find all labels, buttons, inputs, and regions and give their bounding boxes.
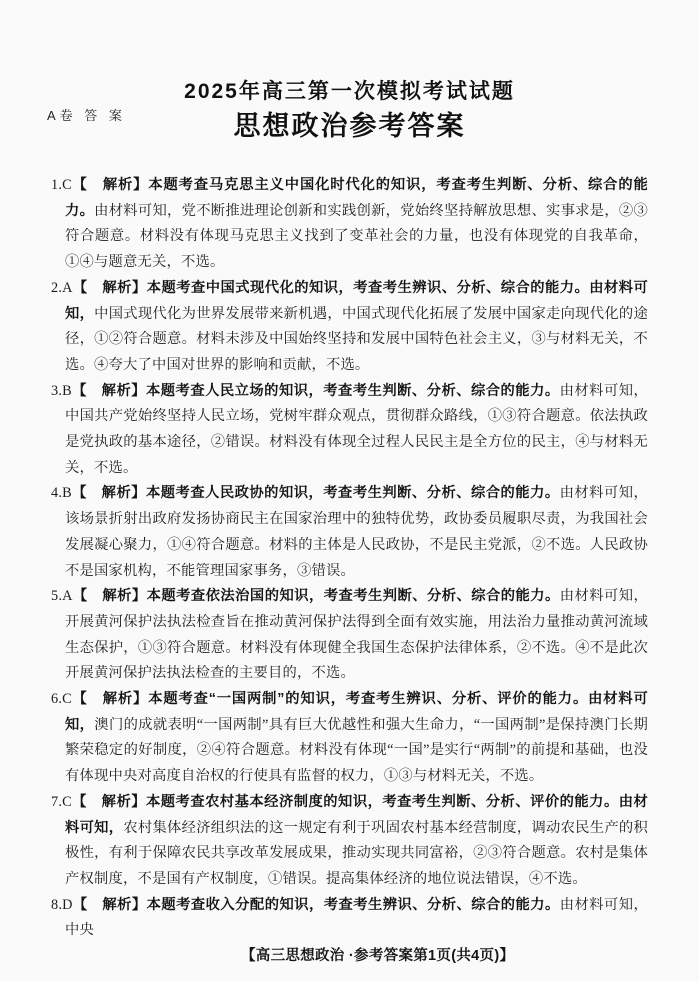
analysis-label: 【 解析】 — [72, 691, 148, 707]
question-number: 7.C — [51, 794, 72, 810]
question-number: 4.B — [51, 485, 72, 501]
question-number: 8.D — [51, 897, 73, 913]
question-number: 2.A — [51, 280, 73, 296]
analysis-label: 【 解析】 — [72, 485, 146, 501]
question-number: 1.C — [51, 177, 72, 193]
answer-item-3: 3.B【 解析】本题考查人民立场的知识，考查考生判断、分析、综合的能力。由材料可… — [51, 379, 648, 482]
question-number: 3.B — [51, 383, 72, 399]
analysis-head: 本题考查收入分配的知识，考查考生辨识、分析、综合的能力。 — [147, 897, 560, 913]
analysis-label: 【 解析】 — [73, 280, 147, 296]
analysis-body: 由材料可知，党不断推进理论创新和实践创新，党始终坚持解放思想、实事求是，②③符合… — [65, 203, 648, 270]
analysis-head: 本题考查依法治国的知识，考查考生判断、分析、综合的能力。 — [147, 588, 560, 604]
question-number: 5.A — [51, 588, 73, 604]
analysis-label: 【 解析】 — [73, 897, 147, 913]
answer-item-5: 5.A【 解析】本题考查依法治国的知识，考查考生判断、分析、综合的能力。由材料可… — [51, 584, 648, 687]
answer-item-1: 1.C【 解析】本题考查马克思主义中国化时代化的知识，考查考生判断、分析、综合的… — [51, 173, 648, 276]
analysis-label: 【 解析】 — [72, 177, 148, 193]
answer-list: 1.C【 解析】本题考查马克思主义中国化时代化的知识，考查考生判断、分析、综合的… — [51, 173, 648, 965]
answer-item-8: 8.D【 解析】本题考查收入分配的知识，考查考生辨识、分析、综合的能力。由材料可… — [51, 893, 648, 944]
answer-item-7: 7.C【 解析】本题考查农村基本经济制度的知识，考查考生判断、分析、评价的能力。… — [51, 790, 648, 893]
answer-item-4: 4.B【 解析】本题考查人民政协的知识，考查考生判断、分析、综合的能力。由材料可… — [51, 481, 648, 584]
page-footer: 【高三思想政治 ·参考答案第1页(共4页)】 — [241, 944, 648, 965]
answer-item-2: 2.A【 解析】本题考查中国式现代化的知识，考查考生辨识、分析、综合的能力。由材… — [51, 276, 648, 379]
analysis-label: 【 解析】 — [73, 588, 147, 604]
analysis-body: 农村集体经济组织法的这一规定有利于巩固农村基本经营制度，调动农民生产的积极性，有… — [65, 820, 648, 887]
answer-item-6: 6.C【 解析】本题考查“一国两制”的知识，考查考生辨识、分析、评价的能力。由材… — [51, 687, 648, 790]
analysis-body: 中国式现代化为世界发展带来新机遇，中国式现代化拓展了发展中国家走向现代化的途径，… — [65, 306, 648, 373]
answer-sheet-page: A卷 答 案 2025年高三第一次模拟考试试题 思想政治参考答案 1.C【 解析… — [0, 0, 699, 982]
edition-label: A卷 答 案 — [47, 105, 126, 124]
analysis-label: 【 解析】 — [72, 383, 146, 399]
analysis-body: 澳门的成就表明“一国两制”具有巨大优越性和强大生命力，“一国两制”是保持澳门长期… — [65, 717, 648, 784]
question-number: 6.C — [51, 691, 72, 707]
exam-title: 2025年高三第一次模拟考试试题 — [0, 80, 699, 104]
analysis-head: 本题考查人民政协的知识，考查考生判断、分析、综合的能力。 — [146, 485, 560, 501]
analysis-label: 【 解析】 — [72, 794, 146, 810]
analysis-head: 本题考查人民立场的知识，考查考生判断、分析、综合的能力。 — [146, 383, 560, 399]
